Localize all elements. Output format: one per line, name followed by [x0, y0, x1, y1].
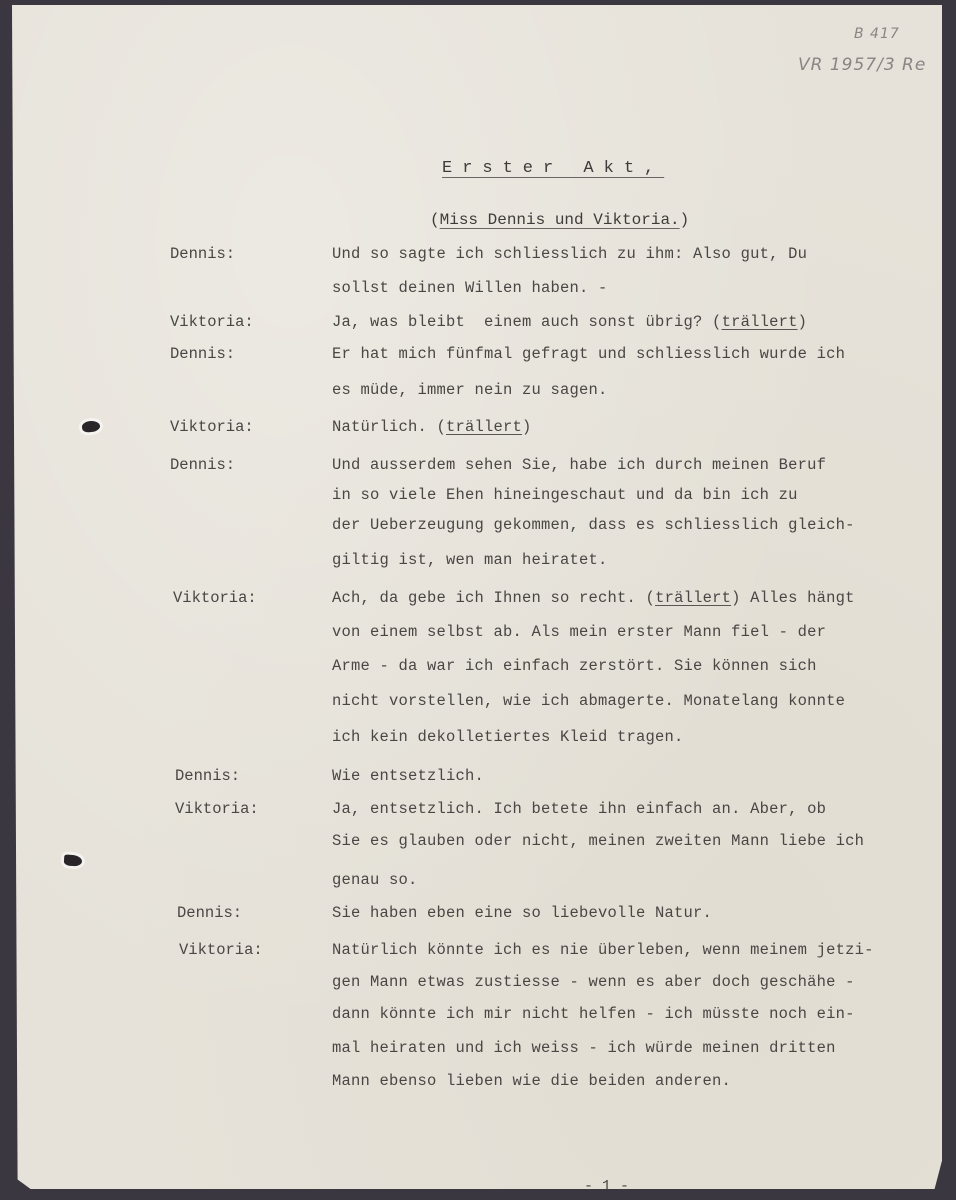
speaker-label: Viktoria: — [170, 418, 254, 436]
dialogue-line: Sie es glauben oder nicht, meinen zweite… — [332, 832, 864, 850]
dialogue-line: Ja, entsetzlich. Ich betete ihn einfach … — [332, 800, 826, 818]
speaker-label: Viktoria: — [179, 941, 263, 959]
dialogue-line: giltig ist, wen man heiratet. — [332, 551, 608, 569]
dialogue-line: Und so sagte ich schliesslich zu ihm: Al… — [332, 245, 807, 263]
dialogue-line: Sie haben eben eine so liebevolle Natur. — [332, 904, 712, 922]
stage-direction: trällert — [446, 418, 522, 436]
characters-list: Miss Dennis und Viktoria. — [440, 211, 680, 229]
archive-reference-annotation: VR 1957/3 Re — [798, 55, 926, 75]
characters-heading: (Miss Dennis und Viktoria.) — [430, 211, 689, 229]
speaker-label: Viktoria: — [175, 800, 259, 818]
stage-direction: trällert — [722, 313, 798, 331]
dialogue-line: Er hat mich fünfmal gefragt und schliess… — [332, 345, 845, 363]
dialogue-line: Natürlich. (trällert) — [332, 418, 532, 436]
stage-direction: trällert — [655, 589, 731, 607]
paren-open: ( — [430, 211, 440, 229]
dialogue-line: dann könnte ich mir nicht helfen - ich m… — [332, 1005, 855, 1023]
dialogue-line: von einem selbst ab. Als mein erster Man… — [332, 623, 826, 641]
punch-hole — [64, 854, 83, 866]
dialogue-line: Ach, da gebe ich Ihnen so recht. (trälle… — [332, 589, 855, 607]
archive-number-annotation: B 417 — [854, 26, 900, 42]
speaker-label: Viktoria: — [170, 313, 254, 331]
dialogue-line: Wie entsetzlich. — [332, 767, 484, 785]
speaker-label: Dennis: — [177, 904, 242, 922]
speaker-label: Viktoria: — [173, 589, 257, 607]
dialogue-line: Ja, was bleibt einem auch sonst übrig? (… — [332, 313, 807, 331]
dialogue-line: Natürlich könnte ich es nie überleben, w… — [332, 941, 874, 959]
speaker-label: Dennis: — [175, 767, 240, 785]
dialogue-line: mal heiraten und ich weiss - ich würde m… — [332, 1039, 836, 1057]
speaker-label: Dennis: — [170, 345, 235, 363]
dialogue-line: genau so. — [332, 871, 418, 889]
act-title: Erster Akt, — [442, 159, 664, 178]
punch-hole — [81, 420, 100, 433]
dialogue-line: ich kein dekolletiertes Kleid tragen. — [332, 728, 684, 746]
dialogue-line: Arme - da war ich einfach zerstört. Sie … — [332, 657, 817, 675]
speaker-label: Dennis: — [170, 456, 235, 474]
dialogue-line: es müde, immer nein zu sagen. — [332, 381, 608, 399]
dialogue-line: Mann ebenso lieben wie die beiden andere… — [332, 1072, 731, 1090]
typewritten-page: B 417 VR 1957/3 Re Erster Akt, (Miss Den… — [12, 5, 942, 1189]
dialogue-line: Und ausserdem sehen Sie, habe ich durch … — [332, 456, 826, 474]
page-number: - 1 - — [584, 1178, 629, 1195]
dialogue-line: sollst deinen Willen haben. - — [332, 279, 608, 297]
paren-close: ) — [680, 211, 690, 229]
dialogue-line: gen Mann etwas zustiesse - wenn es aber … — [332, 973, 855, 991]
dialogue-line: in so viele Ehen hineingeschaut und da b… — [332, 486, 798, 504]
dialogue-line: der Ueberzeugung gekommen, dass es schli… — [332, 516, 855, 534]
dialogue-line: nicht vorstellen, wie ich abmagerte. Mon… — [332, 692, 845, 710]
speaker-label: Dennis: — [170, 245, 235, 263]
